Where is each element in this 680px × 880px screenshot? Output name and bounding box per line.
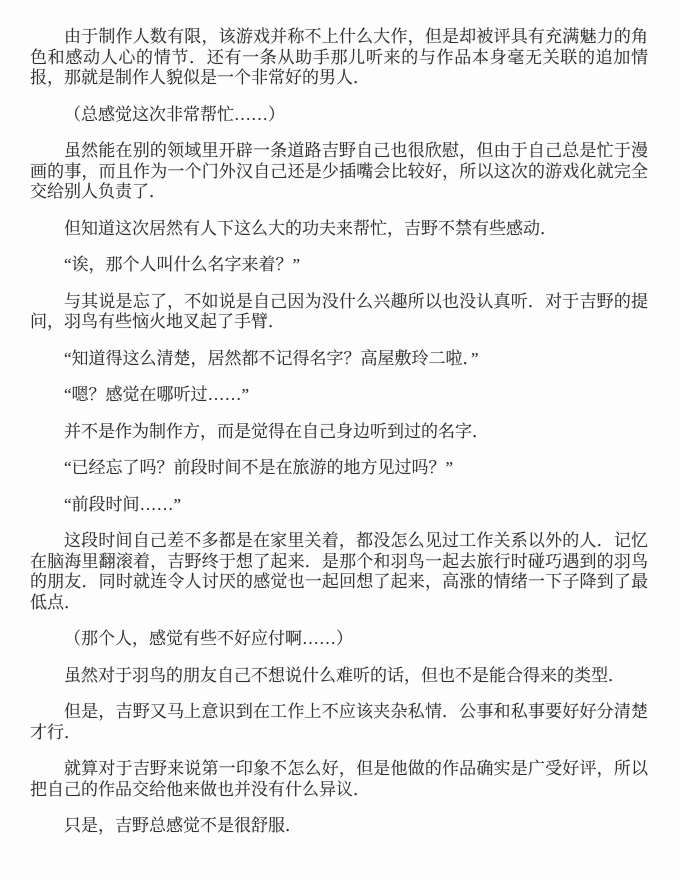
paragraph-narration-2: 虽然能在别的领域里开辟一条道路吉野自己也很欣慰，但由于自己总是忙于漫画的事，而且… — [30, 141, 648, 203]
paragraph-dialogue-3: “嗯？感觉在哪听过……” — [30, 385, 648, 406]
paragraph-narration-6: 这段时间自己差不多都是在家里关着，都没怎么见过工作关系以外的人．记忆在脑海里翻滚… — [30, 531, 648, 613]
paragraph-narration-7: 虽然对于羽鸟的朋友自己不想说什么难听的话，但也不是能合得来的类型． — [30, 666, 648, 687]
paragraph-narration-4: 与其说是忘了，不如说是自己因为没什么兴趣所以也没认真听．对于吉野的提问，羽鸟有些… — [30, 292, 648, 333]
document-page: 由于制作人数有限，该游戏并称不上什么大作，但是却被评具有充满魅力的角色和感动人心… — [0, 0, 680, 880]
paragraph-dialogue-1: “诶，那个人叫什么名字来着？” — [30, 255, 648, 276]
paragraph-narration-1: 由于制作人数有限，该游戏并称不上什么大作，但是却被评具有充满魅力的角色和感动人心… — [30, 27, 648, 89]
paragraph-dialogue-4: “已经忘了吗？前段时间不是在旅游的地方见过吗？” — [30, 458, 648, 479]
paragraph-narration-9: 就算对于吉野来说第一印象不怎么好，但是他做的作品确实是广受好评，所以把自己的作品… — [30, 759, 648, 800]
paragraph-thought-2: （那个人，感觉有些不好应付啊……） — [30, 629, 648, 650]
paragraph-thought-1: （总感觉这次非常帮忙……） — [30, 105, 648, 126]
paragraph-narration-3: 但知道这次居然有人下这么大的功夫来帮忙，吉野不禁有些感动． — [30, 219, 648, 240]
paragraph-dialogue-2: “知道得这么清楚，居然都不记得名字？高屋敷玲二啦．” — [30, 349, 648, 370]
page-text-content: 由于制作人数有限，该游戏并称不上什么大作，但是却被评具有充满魅力的角色和感动人心… — [0, 0, 680, 837]
paragraph-dialogue-5: “前段时间……” — [30, 495, 648, 516]
paragraph-narration-8: 但是，吉野又马上意识到在工作上不应该夹杂私情．公事和私事要好好分清楚才行． — [30, 702, 648, 743]
paragraph-narration-10: 只是，吉野总感觉不是很舒服． — [30, 816, 648, 837]
paragraph-narration-5: 并不是作为制作方，而是觉得在自己身边听到过的名字． — [30, 422, 648, 443]
